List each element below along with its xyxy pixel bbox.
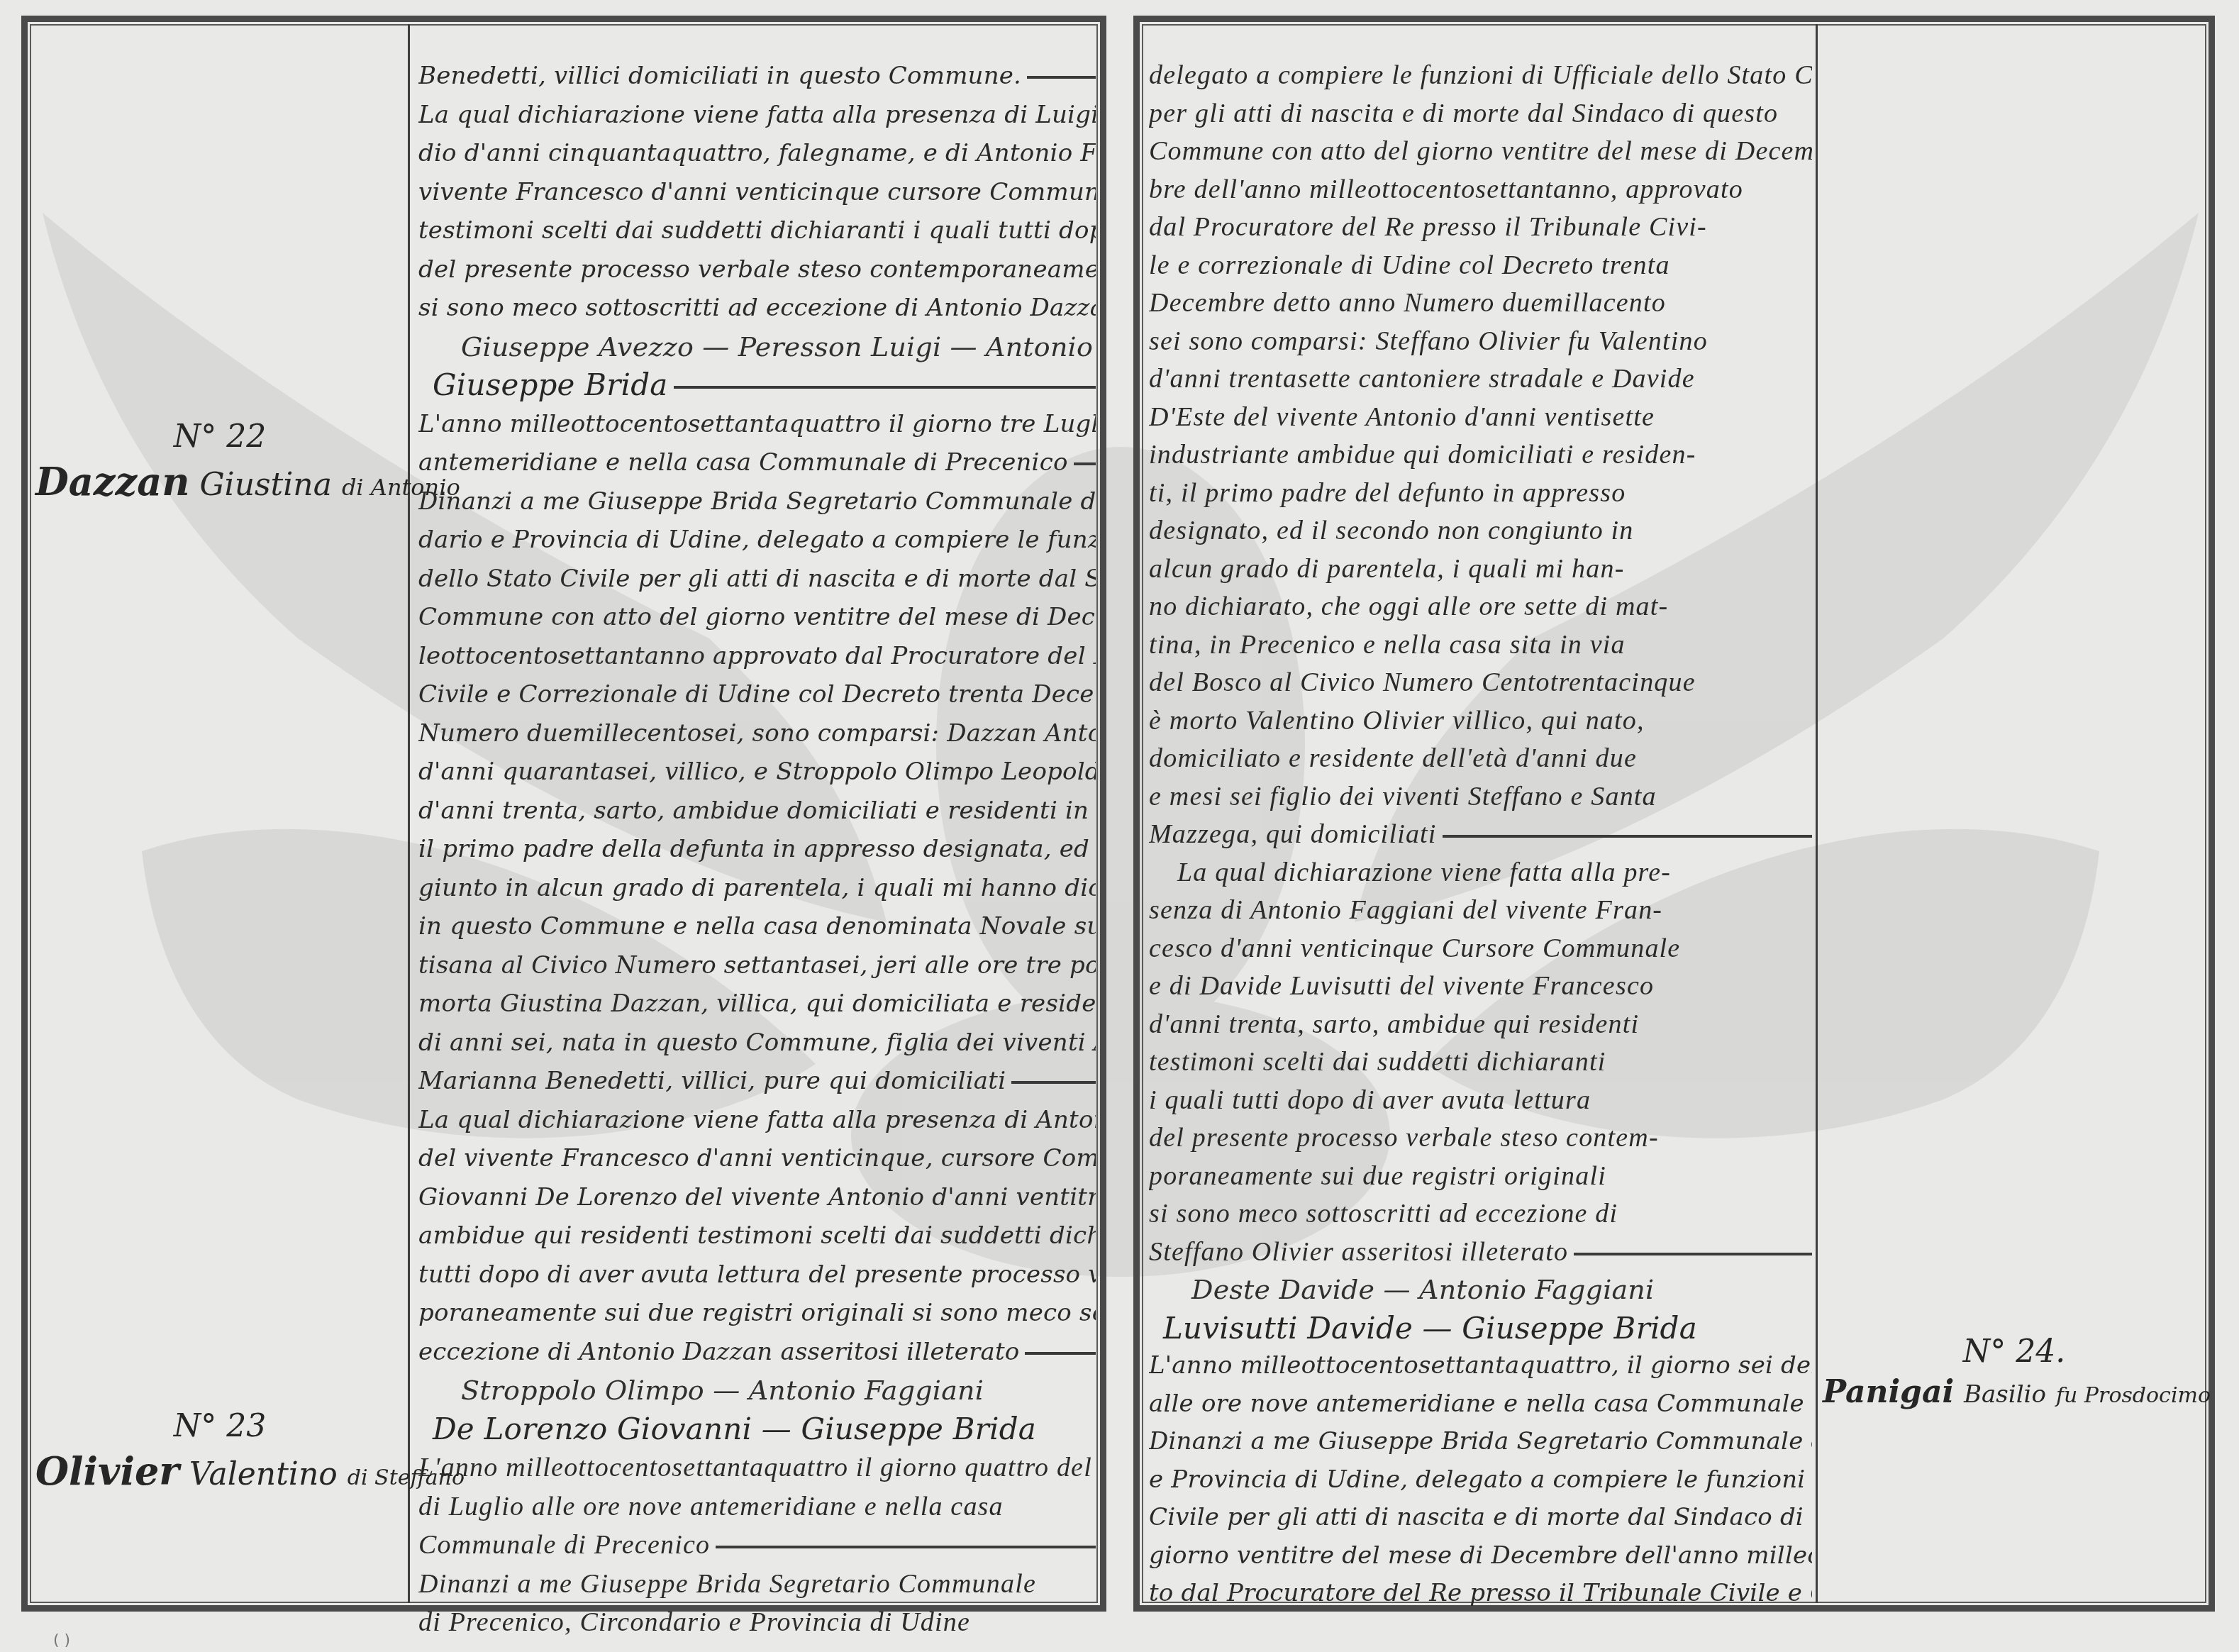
text-line: dio d'anni cinquantaquattro, falegname, … <box>418 134 1096 173</box>
text-line: La qual dichiarazione viene fatta alla p… <box>418 1101 1096 1140</box>
text-line: di Luglio alle ore nove antemeridiane e … <box>418 1487 1096 1526</box>
text-line: il primo padre della defunta in appresso… <box>418 830 1096 869</box>
text-line: designato, ed il secondo non congiunto i… <box>1149 512 1812 550</box>
text-line: testimoni scelti dai suddetti dichiarant… <box>418 211 1096 250</box>
entry-name: Panigai Basilio fu Prosdocimo <box>1823 1374 2206 1410</box>
entry-number: N° 23 <box>35 1408 404 1444</box>
text-line: tisana al Civico Numero settantasei, jer… <box>418 946 1096 985</box>
text-line: tutti dopo di aver avuta lettura del pre… <box>418 1255 1096 1295</box>
text-line: La qual dichiarazione viene fatta alla p… <box>418 96 1096 135</box>
text-line: senza di Antonio Faggiani del vivente Fr… <box>1149 892 1812 930</box>
text-line: Marianna Benedetti, villici, pure qui do… <box>418 1062 1096 1101</box>
text-line: giorno ventitre del mese di Decembre del… <box>1149 1537 1812 1575</box>
text-line: Benedetti, villici domiciliati in questo… <box>418 57 1096 96</box>
text-line: dario e Provincia di Udine, delegato a c… <box>418 521 1096 560</box>
text-line: e di Davide Luvisutti del vivente France… <box>1149 968 1812 1006</box>
entry-surname: Panigai <box>1823 1374 1954 1410</box>
text-line: è morto Valentino Olivier villico, qui n… <box>1149 702 1812 741</box>
entry-given-name: Basilio <box>1964 1380 2046 1409</box>
text-line: del Bosco al Civico Numero Centotrentaci… <box>1149 664 1812 702</box>
text-line: del presente processo verbale steso cont… <box>418 250 1096 289</box>
text-line: ambidue qui residenti testimoni scelti d… <box>418 1216 1096 1255</box>
text-line: no dichiarato, che oggi alle ore sette d… <box>1149 588 1812 626</box>
left-page: N° 22 Dazzan Giustina di Antonio N° 23 O… <box>0 0 1121 1652</box>
text-line: La qual dichiarazione viene fatta alla p… <box>1149 854 1812 892</box>
text-line: d'anni trentasette cantoniere stradale e… <box>1149 360 1812 399</box>
text-line: di anni sei, nata in questo Commune, fig… <box>418 1024 1096 1063</box>
text-line: L'anno milleottocentosettantaquattro il … <box>418 405 1096 444</box>
text-line: giunto in alcun grado di parentela, i qu… <box>418 869 1096 908</box>
text-line: leottocentosettantanno approvato dal Pro… <box>418 637 1096 676</box>
text-line: D'Este del vivente Antonio d'anni ventis… <box>1149 399 1812 437</box>
signature-line: De Lorenzo Giovanni — Giuseppe Brida <box>418 1410 1096 1449</box>
text-line: i quali tutti dopo di aver avuta lettura <box>1149 1082 1812 1120</box>
left-page-column-rule <box>408 24 410 1603</box>
text-line: per gli atti di nascita e di morte dal S… <box>1149 95 1812 133</box>
text-line: ti, il primo padre del defunto in appres… <box>1149 475 1812 513</box>
text-line: Commune con atto del giorno ventitre del… <box>418 598 1096 637</box>
text-line: Civile per gli atti di nascita e di mort… <box>1149 1499 1812 1537</box>
text-line: d'anni trenta, sarto, ambidue qui reside… <box>1149 1006 1812 1044</box>
text-line: si sono meco sottoscritti ad eccezione d… <box>418 289 1096 328</box>
signature-line: Luvisutti Davide — Giuseppe Brida <box>1149 1309 1812 1348</box>
text-line: L'anno milleottocentosettantaquattro il … <box>418 1448 1096 1487</box>
entry-filiation: fu Prosdocimo <box>2056 1383 2211 1408</box>
text-line: in questo Commune e nella casa denominat… <box>418 907 1096 946</box>
text-line: Civile e Correzionale di Udine col Decre… <box>418 675 1096 714</box>
text-line: Mazzega, qui domiciliati <box>1149 816 1812 854</box>
text-line: testimoni scelti dai suddetti dichiarant… <box>1149 1043 1812 1082</box>
signature-line: Giuseppe Avezzo — Peresson Luigi — Anton… <box>418 328 1096 367</box>
entry-name: Olivier Valentino di Steffano <box>35 1448 404 1494</box>
margin-entry-22: N° 22 Dazzan Giustina di Antonio <box>35 418 404 504</box>
text-line: Steffano Olivier asseritosi illeterato <box>1149 1234 1812 1272</box>
text-line: e Provincia di Udine, delegato a compier… <box>1149 1461 1812 1499</box>
text-line: Numero duemillecentosei, sono comparsi: … <box>418 714 1096 753</box>
signature-line: Giuseppe Brida <box>418 366 1096 405</box>
text-line: delegato a compiere le funzioni di Uffic… <box>1149 57 1812 95</box>
text-line: di Precenico, Circondario e Provincia di… <box>418 1603 1096 1642</box>
right-page: delegato a compiere le funzioni di Uffic… <box>1121 0 2239 1652</box>
text-line: vivente Francesco d'anni venticinque cur… <box>418 173 1096 212</box>
text-line: morta Giustina Dazzan, villica, qui domi… <box>418 985 1096 1024</box>
margin-entry-23: N° 23 Olivier Valentino di Steffano <box>35 1408 404 1494</box>
right-page-text: delegato a compiere le funzioni di Uffic… <box>1149 57 1812 1613</box>
text-line: alcun grado di parentela, i quali mi han… <box>1149 550 1812 589</box>
signature-line: Deste Davide — Antonio Faggiani <box>1149 1271 1812 1309</box>
text-line: Dinanzi a me Giuseppe Brida Segretario C… <box>418 482 1096 521</box>
entry-name: Dazzan Giustina di Antonio <box>35 459 404 504</box>
text-line: to dal Procuratore del Re presso il Trib… <box>1149 1575 1812 1613</box>
text-line: Decembre detto anno Numero duemillacento <box>1149 284 1812 323</box>
text-line: Commune con atto del giorno ventitre del… <box>1149 133 1812 171</box>
text-line: Communale di Precenico <box>418 1526 1096 1565</box>
text-line: si sono meco sottoscritti ad eccezione d… <box>1149 1195 1812 1234</box>
text-line: Dinanzi a me Giuseppe Brida Segretario C… <box>1149 1423 1812 1461</box>
entry-given-name: Giustina <box>199 467 331 503</box>
entry-surname: Dazzan <box>35 459 189 504</box>
text-line: poraneamente sui due registri originali … <box>418 1294 1096 1333</box>
text-line: bre dell'anno milleottocentosettantanno,… <box>1149 171 1812 209</box>
text-line: e mesi sei figlio dei viventi Steffano e… <box>1149 778 1812 816</box>
margin-entry-24: N° 24. Panigai Basilio fu Prosdocimo <box>1823 1334 2206 1410</box>
text-line: domiciliato e residente dell'età d'anni … <box>1149 740 1812 778</box>
text-line: poraneamente sui due registri originali <box>1149 1158 1812 1196</box>
text-line: Dinanzi a me Giuseppe Brida Segretario C… <box>418 1565 1096 1604</box>
text-line: antemeridiane e nella casa Communale di … <box>418 443 1096 482</box>
text-line: d'anni quarantasei, villico, e Stroppolo… <box>418 753 1096 792</box>
entry-number: N° 24. <box>1823 1334 2206 1370</box>
page-number-mark: ( ) <box>53 1631 70 1649</box>
text-line: Giovanni De Lorenzo del vivente Antonio … <box>418 1178 1096 1217</box>
text-line: sei sono comparsi: Steffano Olivier fu V… <box>1149 323 1812 361</box>
text-line: cesco d'anni venticinque Cursore Communa… <box>1149 930 1812 968</box>
text-line: del vivente Francesco d'anni venticinque… <box>418 1139 1096 1178</box>
text-line: d'anni trenta, sarto, ambidue domiciliat… <box>418 792 1096 831</box>
text-line: alle ore nove antemeridiane e nella casa… <box>1149 1385 1812 1424</box>
right-page-column-rule <box>1816 24 1818 1603</box>
signature-line: Stroppolo Olimpo — Antonio Faggiani <box>418 1371 1096 1410</box>
text-line: tina, in Precenico e nella casa sita in … <box>1149 626 1812 665</box>
text-line: del presente processo verbale steso cont… <box>1149 1119 1812 1158</box>
text-line: eccezione di Antonio Dazzan asseritosi i… <box>418 1333 1096 1372</box>
text-line: L'anno milleottocentosettantaquattro, il… <box>1149 1347 1812 1385</box>
text-line: industriante ambidue qui domiciliati e r… <box>1149 436 1812 475</box>
text-line: dal Procuratore del Re presso il Tribuna… <box>1149 209 1812 247</box>
left-page-text: Benedetti, villici domiciliati in questo… <box>418 57 1096 1642</box>
entry-given-name: Valentino <box>189 1456 338 1492</box>
text-line: le e correzionale di Udine col Decreto t… <box>1149 247 1812 285</box>
entry-number: N° 22 <box>35 418 404 455</box>
text-line: dello Stato Civile per gli atti di nasci… <box>418 560 1096 599</box>
entry-surname: Olivier <box>35 1448 179 1494</box>
